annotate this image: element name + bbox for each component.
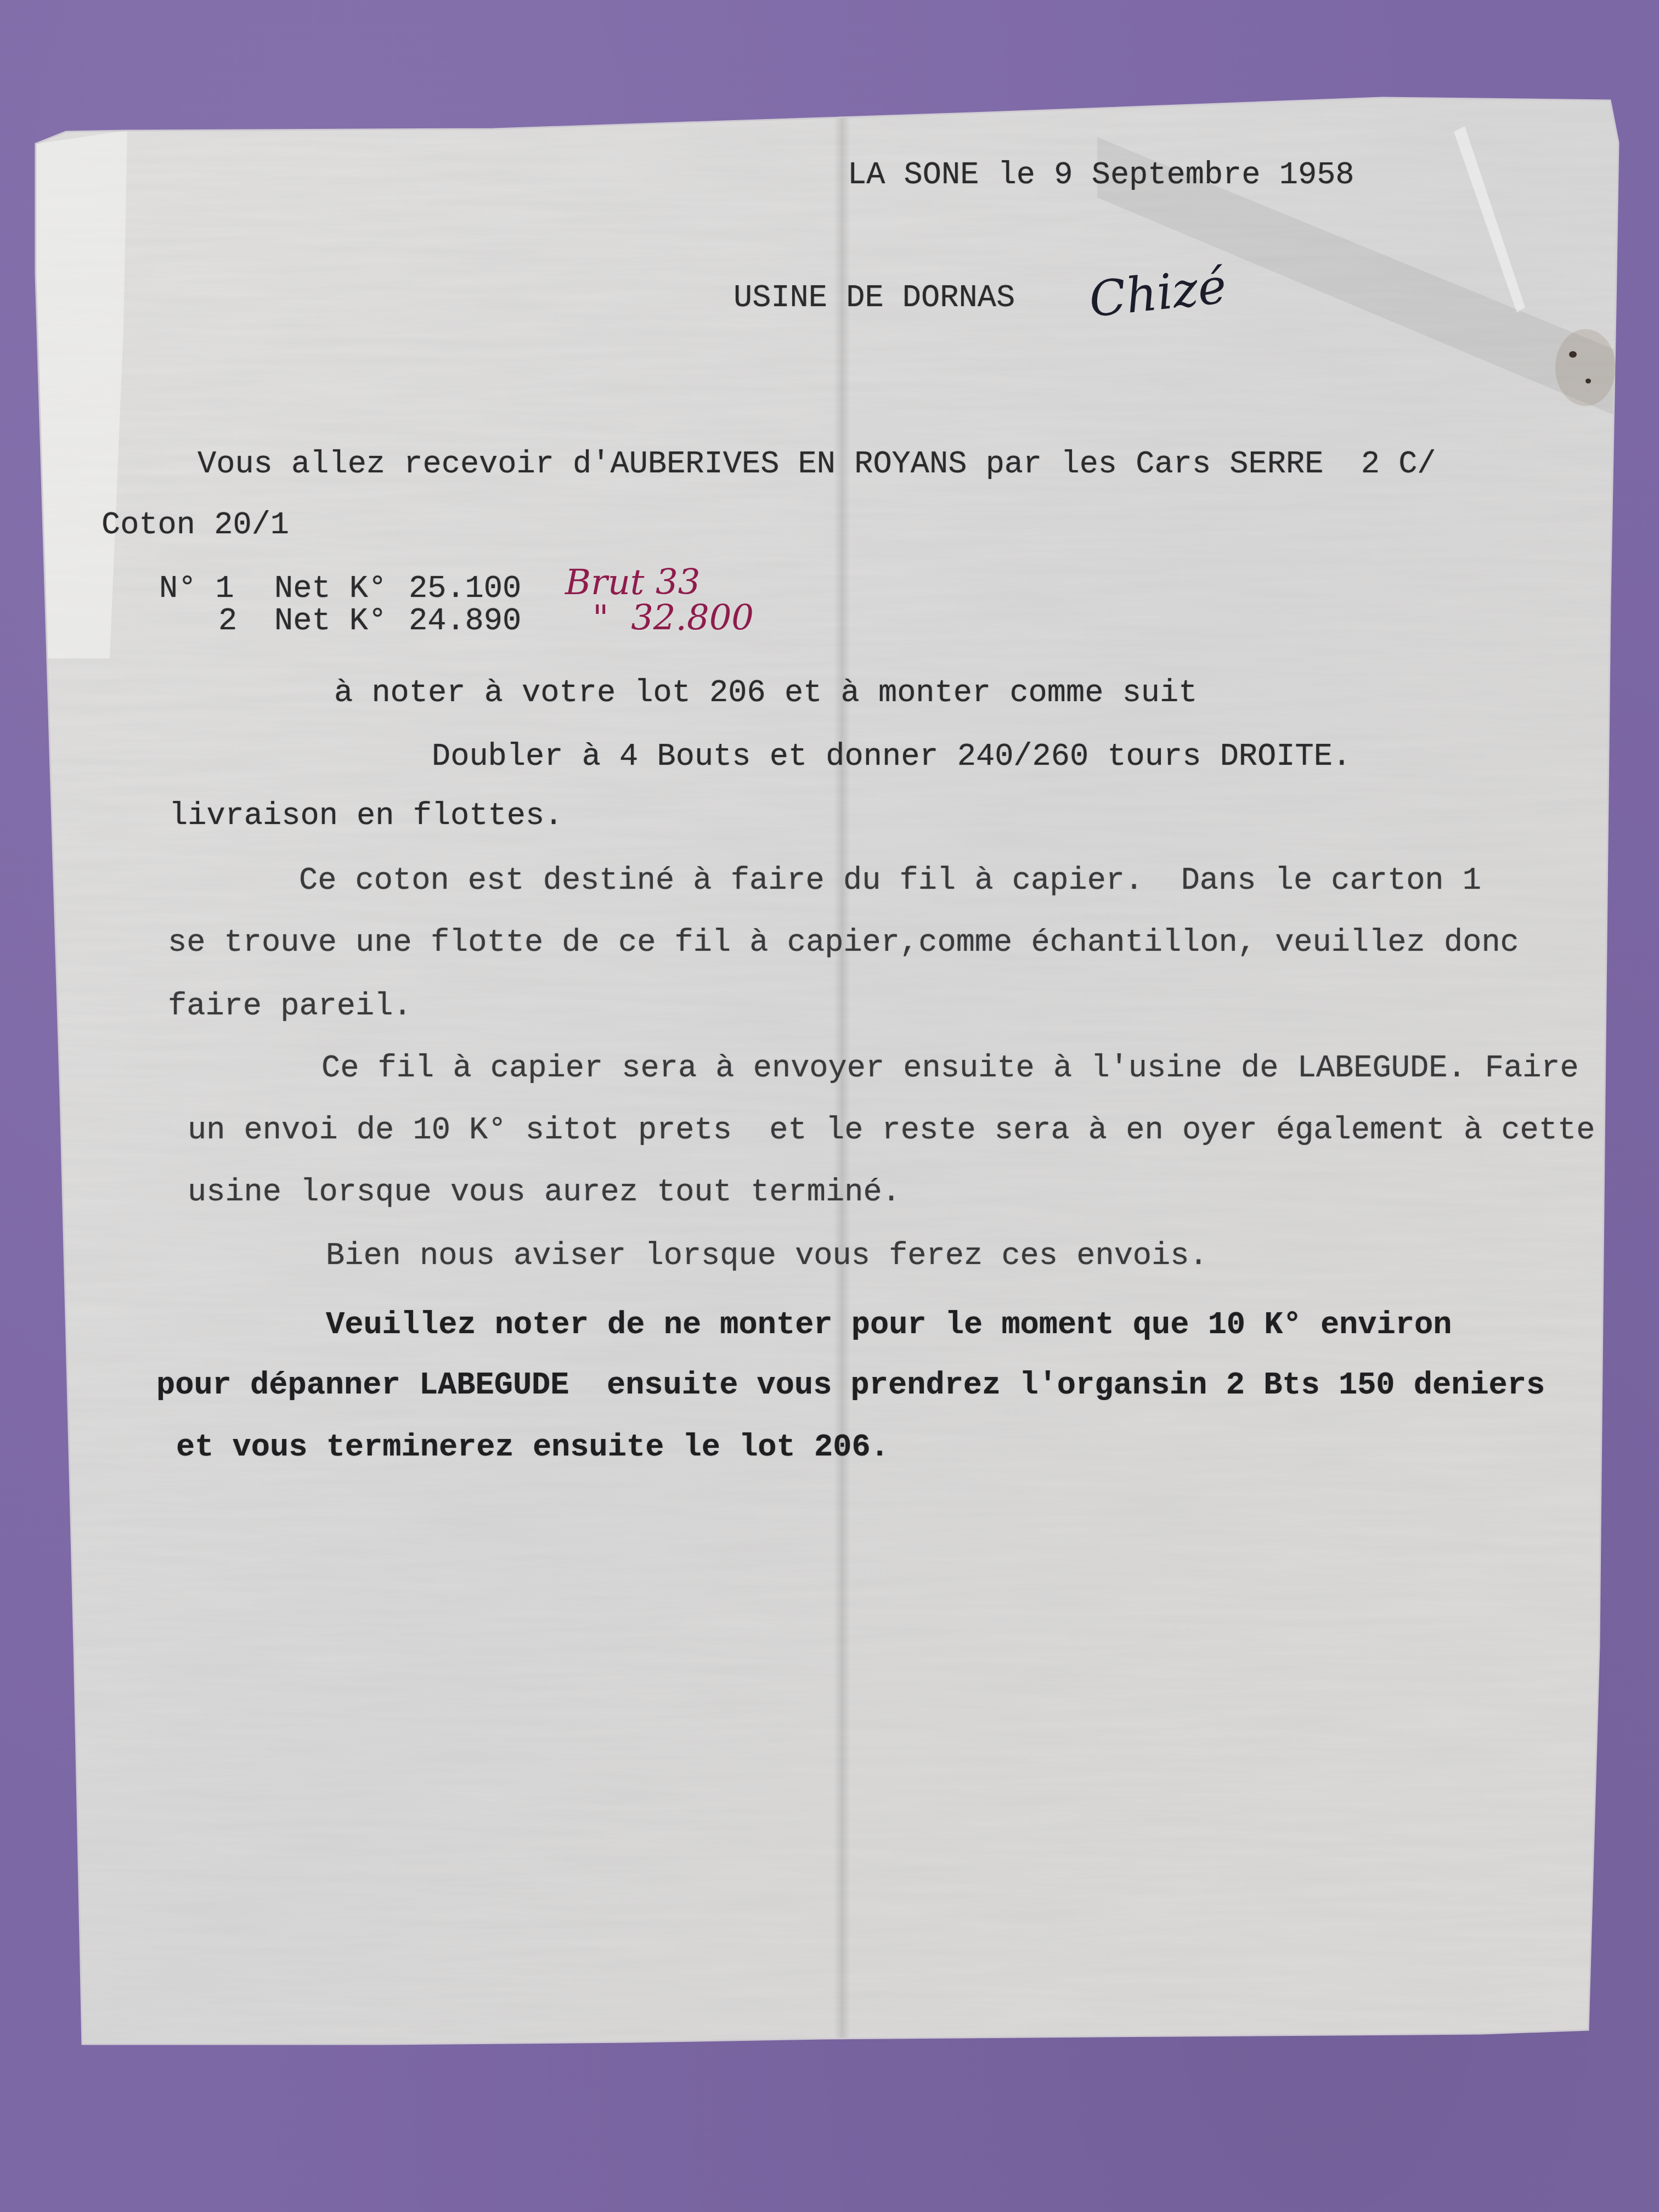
product-line: Coton 20/1 [101,510,289,541]
paper-hole [1569,351,1577,358]
place-date: LA SONE le 9 Septembre 1958 [848,160,1355,191]
addressee: USINE DE DORNAS [733,283,1015,314]
body-line: et vous terminerez ensuite le lot 206. [176,1432,889,1464]
body-line: Doubler à 4 Bouts et donner 240/260 tour… [432,742,1351,773]
package-number: 2 [218,606,237,637]
package-weight: 25.100 [409,574,521,605]
body-line: un envoi de 10 K° sitot prets et le rest… [188,1115,1595,1147]
body-line: Bien nous aviser lorsque vous ferez ces … [326,1241,1208,1272]
package-annotation: Brut 33 [565,565,700,600]
package-annotation: " 32.800 [592,601,754,636]
package-label: Net K° [274,606,387,637]
handwritten-note: Chizé [1087,262,1228,324]
paper-stain [1555,329,1616,406]
package-weight: 24.890 [409,606,521,637]
package-label: Net K° [274,574,387,605]
body-line: usine lorsque vous aurez tout terminé. [188,1177,901,1209]
body-line: Ce coton est destiné à faire du fil à ca… [299,866,1481,897]
body-line: Veuillez noter de ne monter pour le mome… [326,1310,1452,1341]
letter-paper [0,0,1659,2212]
body-line: livraison en flottes. [169,801,563,832]
paper-sheet [0,0,1659,2212]
body-line: pour dépanner LABEGUDE ensuite vous pren… [156,1370,1545,1402]
paper-hole [1585,379,1591,383]
intro-line: Vous allez recevoir d'AUBERIVES EN ROYAN… [198,449,1436,481]
body-line: faire pareil. [168,991,412,1023]
body-line: Ce fil à capier sera à envoyer ensuite à… [321,1053,1579,1085]
body-line: à noter à votre lot 206 et à monter comm… [334,678,1197,709]
body-line: se trouve une flotte de ce fil à capier,… [168,928,1519,959]
package-number: N° 1 [159,574,234,605]
